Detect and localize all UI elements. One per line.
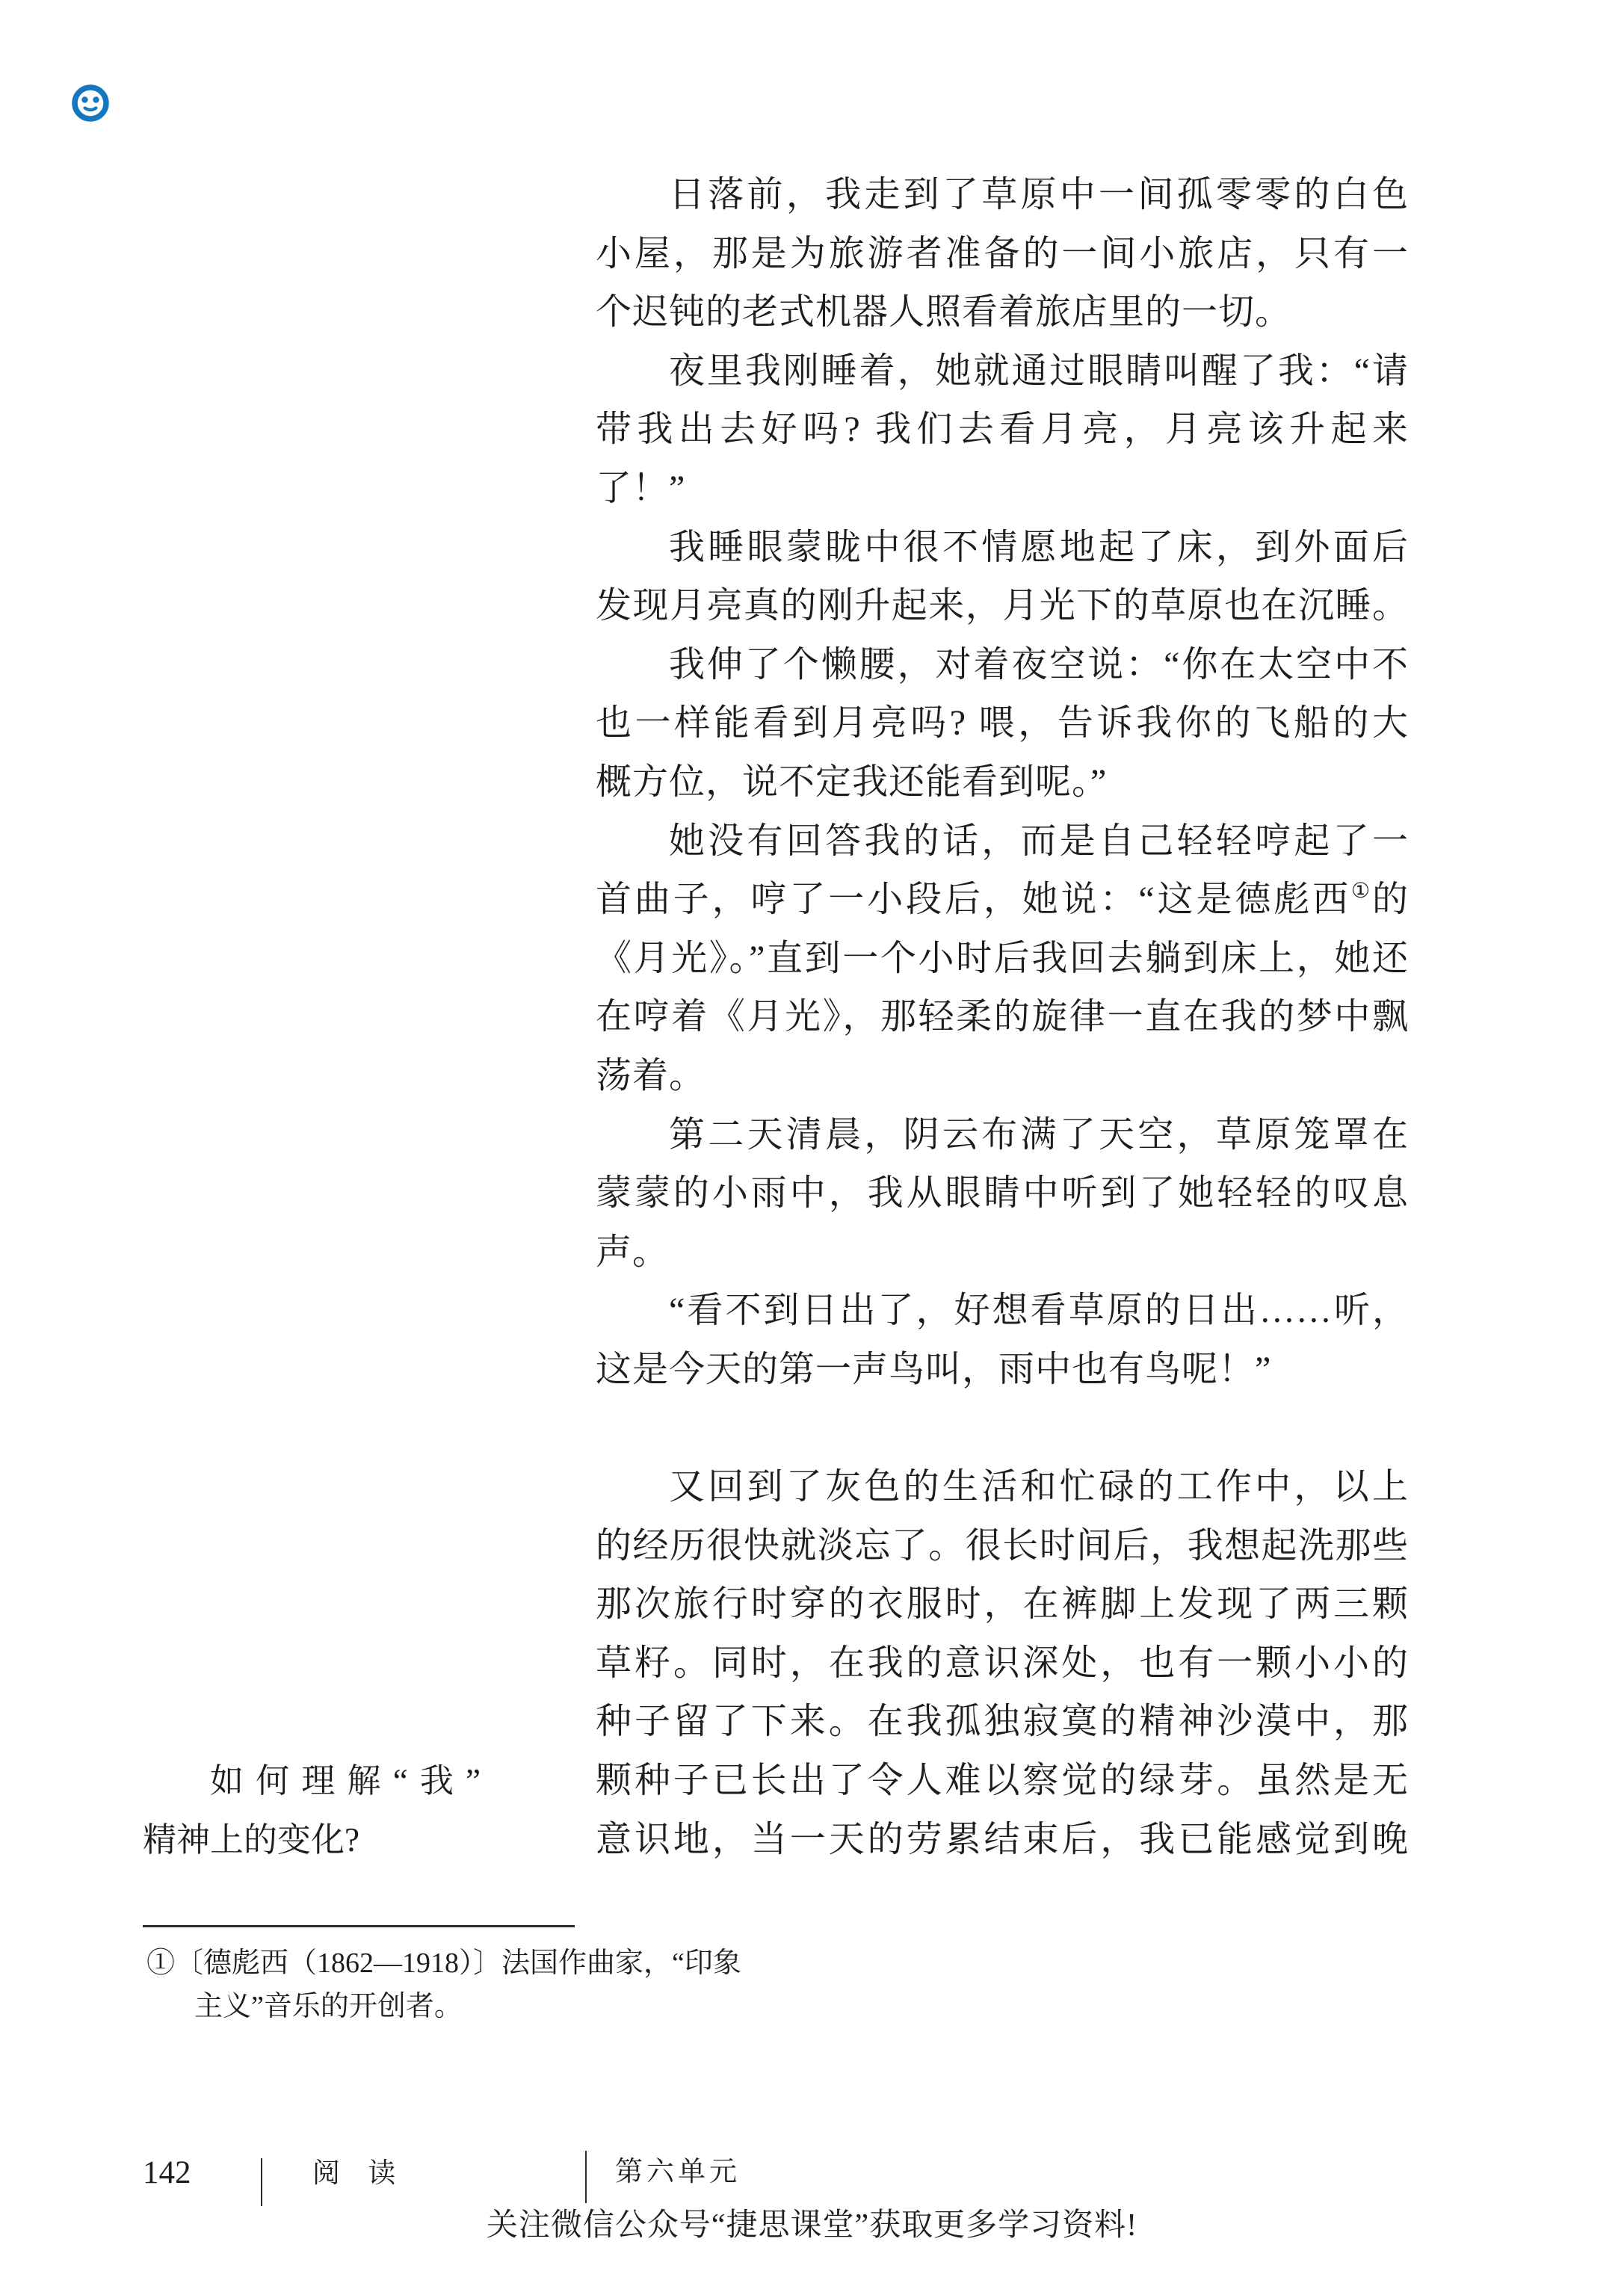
body-line: 蒙蒙的小雨中，我从眼睛中听到了她轻轻的叹息 xyxy=(596,1164,1409,1223)
body-line: 这是今天的第一声鸟叫，雨中也有鸟呢！” xyxy=(596,1341,1409,1400)
body-line: 日落前，我走到了草原中一间孤零零的白色 xyxy=(596,166,1409,225)
textbook-page: 日落前，我走到了草原中一间孤零零的白色小屋，那是为旅游者准备的一间小旅店，只有一… xyxy=(0,0,1624,2295)
footnote-line: 主义”音乐的开创者。 xyxy=(146,1985,819,2028)
body-line: 那次旅行时穿的衣服时，在裤脚上发现了两三颗 xyxy=(596,1575,1409,1634)
page-number: 142 xyxy=(143,2155,191,2191)
body-line: 的经历很快就淡忘了。很长时间后，我想起洗那些 xyxy=(596,1517,1409,1576)
body-line: 第二天清晨，阴云布满了天空，草原笼罩在 xyxy=(596,1106,1409,1165)
body-text-column: 日落前，我走到了草原中一间孤零零的白色小屋，那是为旅游者准备的一间小旅店，只有一… xyxy=(596,166,1409,1869)
body-line: 概方位，说不定我还能看到呢。” xyxy=(596,753,1409,812)
footer-divider xyxy=(261,2158,262,2206)
margin-note-line: 精神上的变化? xyxy=(143,1811,481,1870)
body-line: 种子留了下来。在我孤独寂寞的精神沙漠中，那 xyxy=(596,1693,1409,1752)
margin-note-line: 如何理解“我” xyxy=(143,1752,481,1811)
body-line: 在哼着《月光》，那轻柔的旋律一直在我的梦中飘 xyxy=(596,988,1409,1047)
body-line: 个迟钝的老式机器人照看着旅店里的一切。 xyxy=(596,283,1409,342)
footer-divider xyxy=(585,2151,587,2203)
body-line: 发现月亮真的刚升起来，月光下的草原也在沉睡。 xyxy=(596,577,1409,636)
body-line: 也一样能看到月亮吗? 喂，告诉我你的飞船的大 xyxy=(596,694,1409,753)
body-line: 首曲子，哼了一小段后，她说：“这是德彪西①的 xyxy=(596,871,1409,930)
footnote-block: ①〔德彪西（1862—1918）〕法国作曲家，“印象主义”音乐的开创者。 xyxy=(146,1942,819,2028)
body-line: 草籽。同时，在我的意识深处，也有一颗小小的 xyxy=(596,1634,1409,1693)
body-line: 夜里我刚睡着，她就通过眼睛叫醒了我：“请 xyxy=(596,342,1409,401)
body-line: 小屋，那是为旅游者准备的一间小旅店，只有一 xyxy=(596,225,1409,284)
margin-question-note: 如何理解“我”精神上的变化? xyxy=(143,1752,481,1869)
body-line: 了！” xyxy=(596,460,1409,519)
footer-unit-label: 第六单元 xyxy=(615,2157,741,2188)
body-line: 荡着。 xyxy=(596,1047,1409,1106)
body-line: 带我出去好吗? 我们去看月亮，月亮该升起来 xyxy=(596,401,1409,460)
smiley-reading-icon xyxy=(72,84,109,122)
body-line: 又回到了灰色的生活和忙碌的工作中，以上 xyxy=(596,1458,1409,1517)
footer-promo-text: 关注微信公众号“捷思课堂”获取更多学习资料! xyxy=(0,2205,1624,2246)
body-line: 我伸了个懒腰，对着夜空说：“你在太空中不 xyxy=(596,636,1409,695)
footer-section-label: 阅 读 xyxy=(312,2158,406,2190)
body-line: 声。 xyxy=(596,1223,1409,1282)
body-line xyxy=(596,1399,1409,1458)
footnote-reference-mark: ① xyxy=(1351,880,1372,903)
body-line: 《月光》。”直到一个小时后我回去躺到床上，她还 xyxy=(596,930,1409,989)
body-line: 意识地，当一天的劳累结束后，我已能感觉到晚 xyxy=(596,1811,1409,1870)
body-line: 我睡眼蒙眬中很不情愿地起了床，到外面后 xyxy=(596,519,1409,578)
footnote-line: ①〔德彪西（1862—1918）〕法国作曲家，“印象 xyxy=(146,1942,819,1985)
body-line: 颗种子已长出了令人难以察觉的绿芽。虽然是无 xyxy=(596,1752,1409,1811)
footnote-separator xyxy=(143,1925,575,1927)
body-line: 她没有回答我的话，而是自己轻轻哼起了一 xyxy=(596,812,1409,871)
body-line: “看不到日出了，好想看草原的日出……听， xyxy=(596,1282,1409,1341)
